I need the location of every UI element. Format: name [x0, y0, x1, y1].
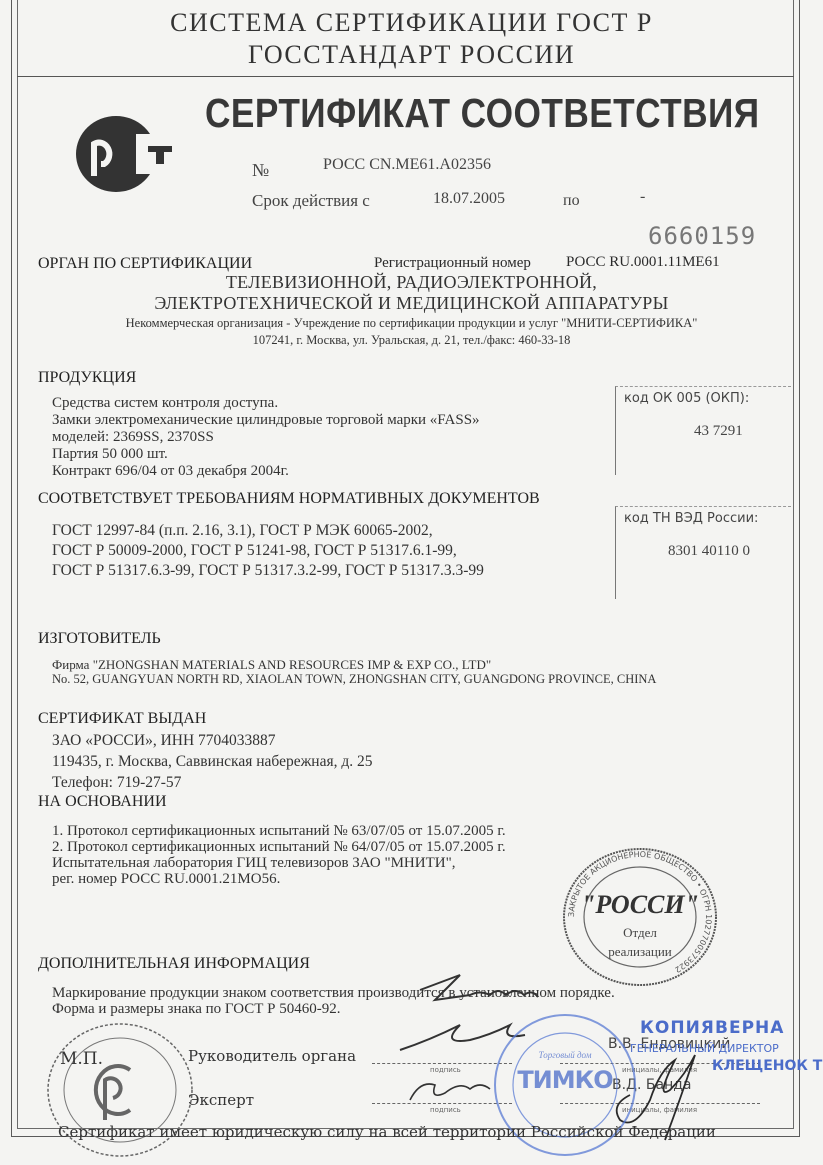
expert-label: Эксперт	[188, 1091, 254, 1109]
rst-gost-logo-icon	[74, 114, 174, 194]
copy-true-stamp-name: КЛЕЩЕНОК Т.С.	[712, 1058, 823, 1074]
issued-to-line: ЗАО «РОССИ», ИНН 7704033887	[52, 732, 276, 749]
timko-label: Торговый дом	[490, 1050, 640, 1060]
manufacturer-name: Фирма "ZHONGSHAN MATERIALS AND RESOURCES…	[52, 657, 491, 673]
basis-line: Испытательная лаборатория ГИЦ телевизоро…	[52, 855, 455, 872]
header-divider	[17, 76, 794, 77]
product-line: моделей: 2369SS, 2370SS	[52, 429, 214, 446]
standard-line: ГОСТ 12997-84 (п.п. 2.16, 3.1), ГОСТ Р М…	[52, 521, 433, 540]
product-line: Средства систем контроля доступа.	[52, 395, 278, 412]
serial-number: 6660159	[648, 222, 756, 250]
rossi-sales-stamp: ЗАКРЫТОЕ АКЦИОНЕРНОЕ ОБЩЕСТВО • ОГРН 102…	[560, 845, 720, 990]
reg-number: РОСС RU.0001.11МЕ61	[566, 254, 720, 271]
tnved-code-box: код ТН ВЭД России: 8301 40110 0	[615, 506, 791, 599]
valid-to: -	[640, 188, 645, 206]
okp-code-label: код ОК 005 (ОКП):	[624, 391, 749, 406]
issued-to-line: Телефон: 719-27-57	[52, 774, 181, 791]
okp-code-box: код ОК 005 (ОКП): 43 7291	[615, 386, 791, 475]
body-address: 107241, г. Москва, ул. Уральская, д. 21,…	[0, 333, 823, 348]
additional-info-heading: ДОПОЛНИТЕЛЬНАЯ ИНФОРМАЦИЯ	[38, 955, 310, 973]
basis-line: 1. Протокол сертификационных испытаний №…	[52, 823, 506, 840]
valid-from: 18.07.2005	[433, 190, 505, 208]
basis-line: 2. Протокол сертификационных испытаний №…	[52, 839, 506, 856]
body-org-line: Некоммерческая организация - Учреждение …	[0, 316, 823, 331]
product-line: Партия 50 000 шт.	[52, 446, 168, 463]
legal-force-statement: Сертификат имеет юридическую силу на все…	[58, 1123, 716, 1141]
valid-to-label: по	[563, 192, 580, 210]
basis-line: рег. номер РОСС RU.0001.21МО56.	[52, 871, 280, 888]
certification-body-heading: ОРГАН ПО СЕРТИФИКАЦИИ	[38, 255, 252, 273]
system-title-line2: ГОССТАНДАРТ РОССИИ	[0, 40, 823, 70]
issued-to-heading: СЕРТИФИКАТ ВЫДАН	[38, 710, 206, 728]
product-line: Замки электромеханические цилиндровые то…	[52, 412, 480, 429]
system-title-line1: СИСТЕМА СЕРТИФИКАЦИИ ГОСТ Р	[0, 8, 823, 38]
basis-heading: НА ОСНОВАНИИ	[38, 793, 167, 811]
manufacturer-address: No. 52, GUANGYUAN NORTH RD, XIAOLAN TOWN…	[52, 672, 656, 687]
certificate-number: РОСС CN.МЕ61.А02356	[323, 156, 491, 174]
compliance-heading: СООТВЕТСТВУЕТ ТРЕБОВАНИЯМ НОРМАТИВНЫХ ДО…	[38, 490, 540, 508]
body-name-line2: ЭЛЕКТРОТЕХНИЧЕСКОЙ И МЕДИЦИНСКОЙ АППАРАТ…	[0, 293, 823, 314]
copy-true-stamp-line2: ВЕРНА	[715, 1018, 784, 1038]
certificate-page: СИСТЕМА СЕРТИФИКАЦИИ ГОСТ Р ГОССТАНДАРТ …	[0, 0, 823, 1165]
stamp-rossi-sales: реализации	[560, 944, 720, 960]
standard-line: ГОСТ Р 50009-2000, ГОСТ Р 51241-98, ГОСТ…	[52, 541, 457, 560]
tnved-code-value: 8301 40110 0	[668, 543, 750, 560]
number-label: №	[252, 160, 269, 181]
head-of-body-label: Руководитель органа	[188, 1047, 356, 1065]
copy-true-stamp-line1: КОПИЯ	[640, 1018, 715, 1038]
copy-true-stamp-position: ГЕНЕРАЛЬНЫЙ ДИРЕКТОР	[630, 1042, 779, 1055]
certificate-title: СЕРТИФИКАТ СООТВЕТСТВИЯ	[205, 90, 760, 137]
stamp-rossi-title: "РОССИ"	[560, 890, 720, 920]
okp-code-value: 43 7291	[694, 423, 743, 440]
standard-line: ГОСТ Р 51317.6.3-99, ГОСТ Р 51317.3.2-99…	[52, 561, 484, 580]
timko-name: ТИМКО	[490, 1066, 640, 1094]
tnved-code-label: код ТН ВЭД России:	[624, 511, 758, 526]
body-name-line1: ТЕЛЕВИЗИОННОЙ, РАДИОЭЛЕКТРОННОЙ,	[0, 272, 823, 293]
stamp-rossi-dept: Отдел	[560, 925, 720, 941]
mp-label: М.П.	[60, 1049, 103, 1069]
issued-to-line: 119435, г. Москва, Саввинская набережная…	[52, 753, 373, 770]
product-heading: ПРОДУКЦИЯ	[38, 369, 136, 387]
product-line: Контракт 696/04 от 03 декабря 2004г.	[52, 463, 289, 480]
validity-label: Срок действия с	[252, 191, 370, 211]
manufacturer-heading: ИЗГОТОВИТЕЛЬ	[38, 630, 161, 648]
reg-number-label: Регистрационный номер	[374, 255, 531, 272]
